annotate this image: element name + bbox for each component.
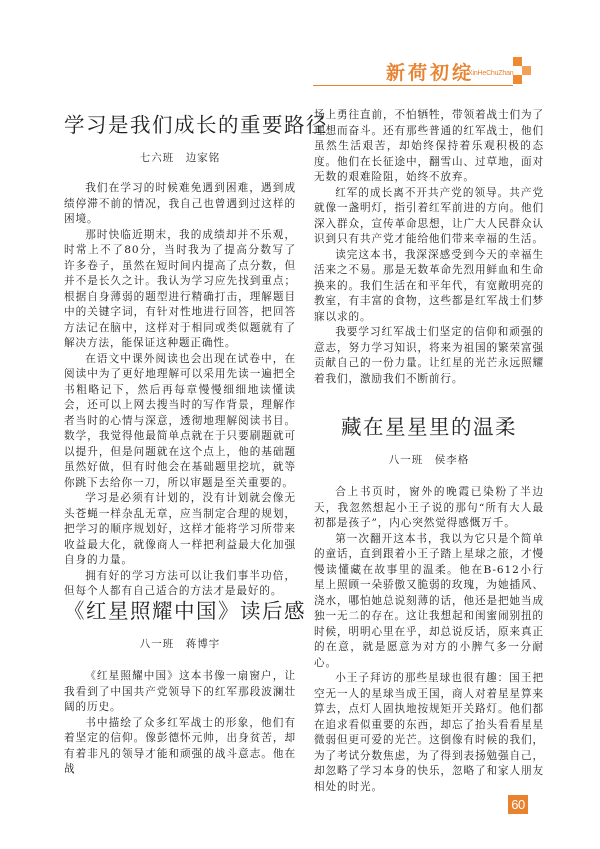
article-title: 学习是我们成长的重要路径 [64,108,296,138]
article-author: 八一班 蒋博宇 [64,636,296,651]
paragraph: 那时快临近期末，我的成绩却并不乐观，时常上不了80分，当时我为了提高分数写了许多… [64,228,296,352]
paragraph: 在语文中课外阅读也会出现在试卷中，在阅读中为了更好地理解可以采用先读一遍把全书粗… [64,352,296,492]
paragraph: 小王子拜访的那些星球也很有趣：国王把空无一人的星球当成王国，商人对着星星算来算去… [314,671,544,795]
article-title: 藏在星星里的温柔 [314,410,544,440]
paragraph: 书中描绘了众多红军战士的形象，他们有着坚定的信仰。像彭德怀元帅，出身贫苦，却有着… [64,716,296,778]
paragraph: 红军的成长离不开共产党的领导。共产党就像一盏明灯，指引着红军前进的方向。他们深入… [314,186,544,248]
article-2: 《红星照耀中国》读后感 八一班 蒋博宇 《红星照耀中国》这本书像一扇窗户，让我看… [64,594,296,778]
column-title: 新荷初绽 [386,58,474,85]
paragraph: 《红星照耀中国》这本书像一扇窗户，让我看到了中国共产党领导下的红军那段波澜壮阔的… [64,669,296,716]
article-title: 《红星照耀中国》读后感 [64,594,296,624]
paragraph: 第一次翻开这本书，我以为它只是个简单的童话，直到跟着小王子踏上星球之旅，才慢慢读… [314,532,544,672]
article-body: 我们在学习的时候难免遇到困难，遇到成绩停滞不前的情况，我自己也曾遇到过这样的困境… [64,181,296,600]
logo-square-icon [513,57,522,66]
article-author: 七六班 边家铭 [64,150,296,165]
article-author: 八一班 侯李格 [314,452,544,467]
article-body: 合上书页时，窗外的晚霞已染粉了半边天，我忽然想起小王子说的那句“所有大人最初都是… [314,485,544,795]
paragraph: 场上勇往直前，不怕牺牲，带领着战士们为了理想而奋斗。还有那些普通的红军战士，他们… [314,108,544,186]
header-divider-line [313,85,513,86]
paragraph: 合上书页时，窗外的晚霞已染粉了半边天，我忽然想起小王子说的那句“所有大人最初都是… [314,485,544,532]
article-3: 藏在星星里的温柔 八一班 侯李格 合上书页时，窗外的晚霞已染粉了半边天，我忽然想… [314,410,544,795]
article-1: 学习是我们成长的重要路径 七六班 边家铭 我们在学习的时候难免遇到困难，遇到成绩… [64,108,296,600]
article-2-continued: 场上勇往直前，不怕牺牲，带领着战士们为了理想而奋斗。还有那些普通的红军战士，他们… [314,108,544,387]
column-title-pinyin: XinHeChuZhan [468,70,513,77]
paragraph: 读完这本书，我深深感受到今天的幸福生活来之不易。那是无数革命先烈用鲜血和生命换来… [314,248,544,326]
paragraph: 我要学习红军战士们坚定的信仰和顽强的意志，努力学习知识，将来为祖国的繁荣富强贡献… [314,325,544,387]
article-body: 《红星照耀中国》这本书像一扇窗户，让我看到了中国共产党领导下的红军那段波澜壮阔的… [64,669,296,778]
logo-square-icon [513,75,522,84]
page-number: 60 [508,795,528,814]
logo-square-icon [522,66,531,75]
paragraph: 我们在学习的时候难免遇到困难，遇到成绩停滞不前的情况，我自己也曾遇到过这样的困境… [64,181,296,228]
paragraph: 学习是必须有计划的，没有计划就会像无头苍蝇一样杂乱无章，应当制定合理的规划，把学… [64,491,296,569]
